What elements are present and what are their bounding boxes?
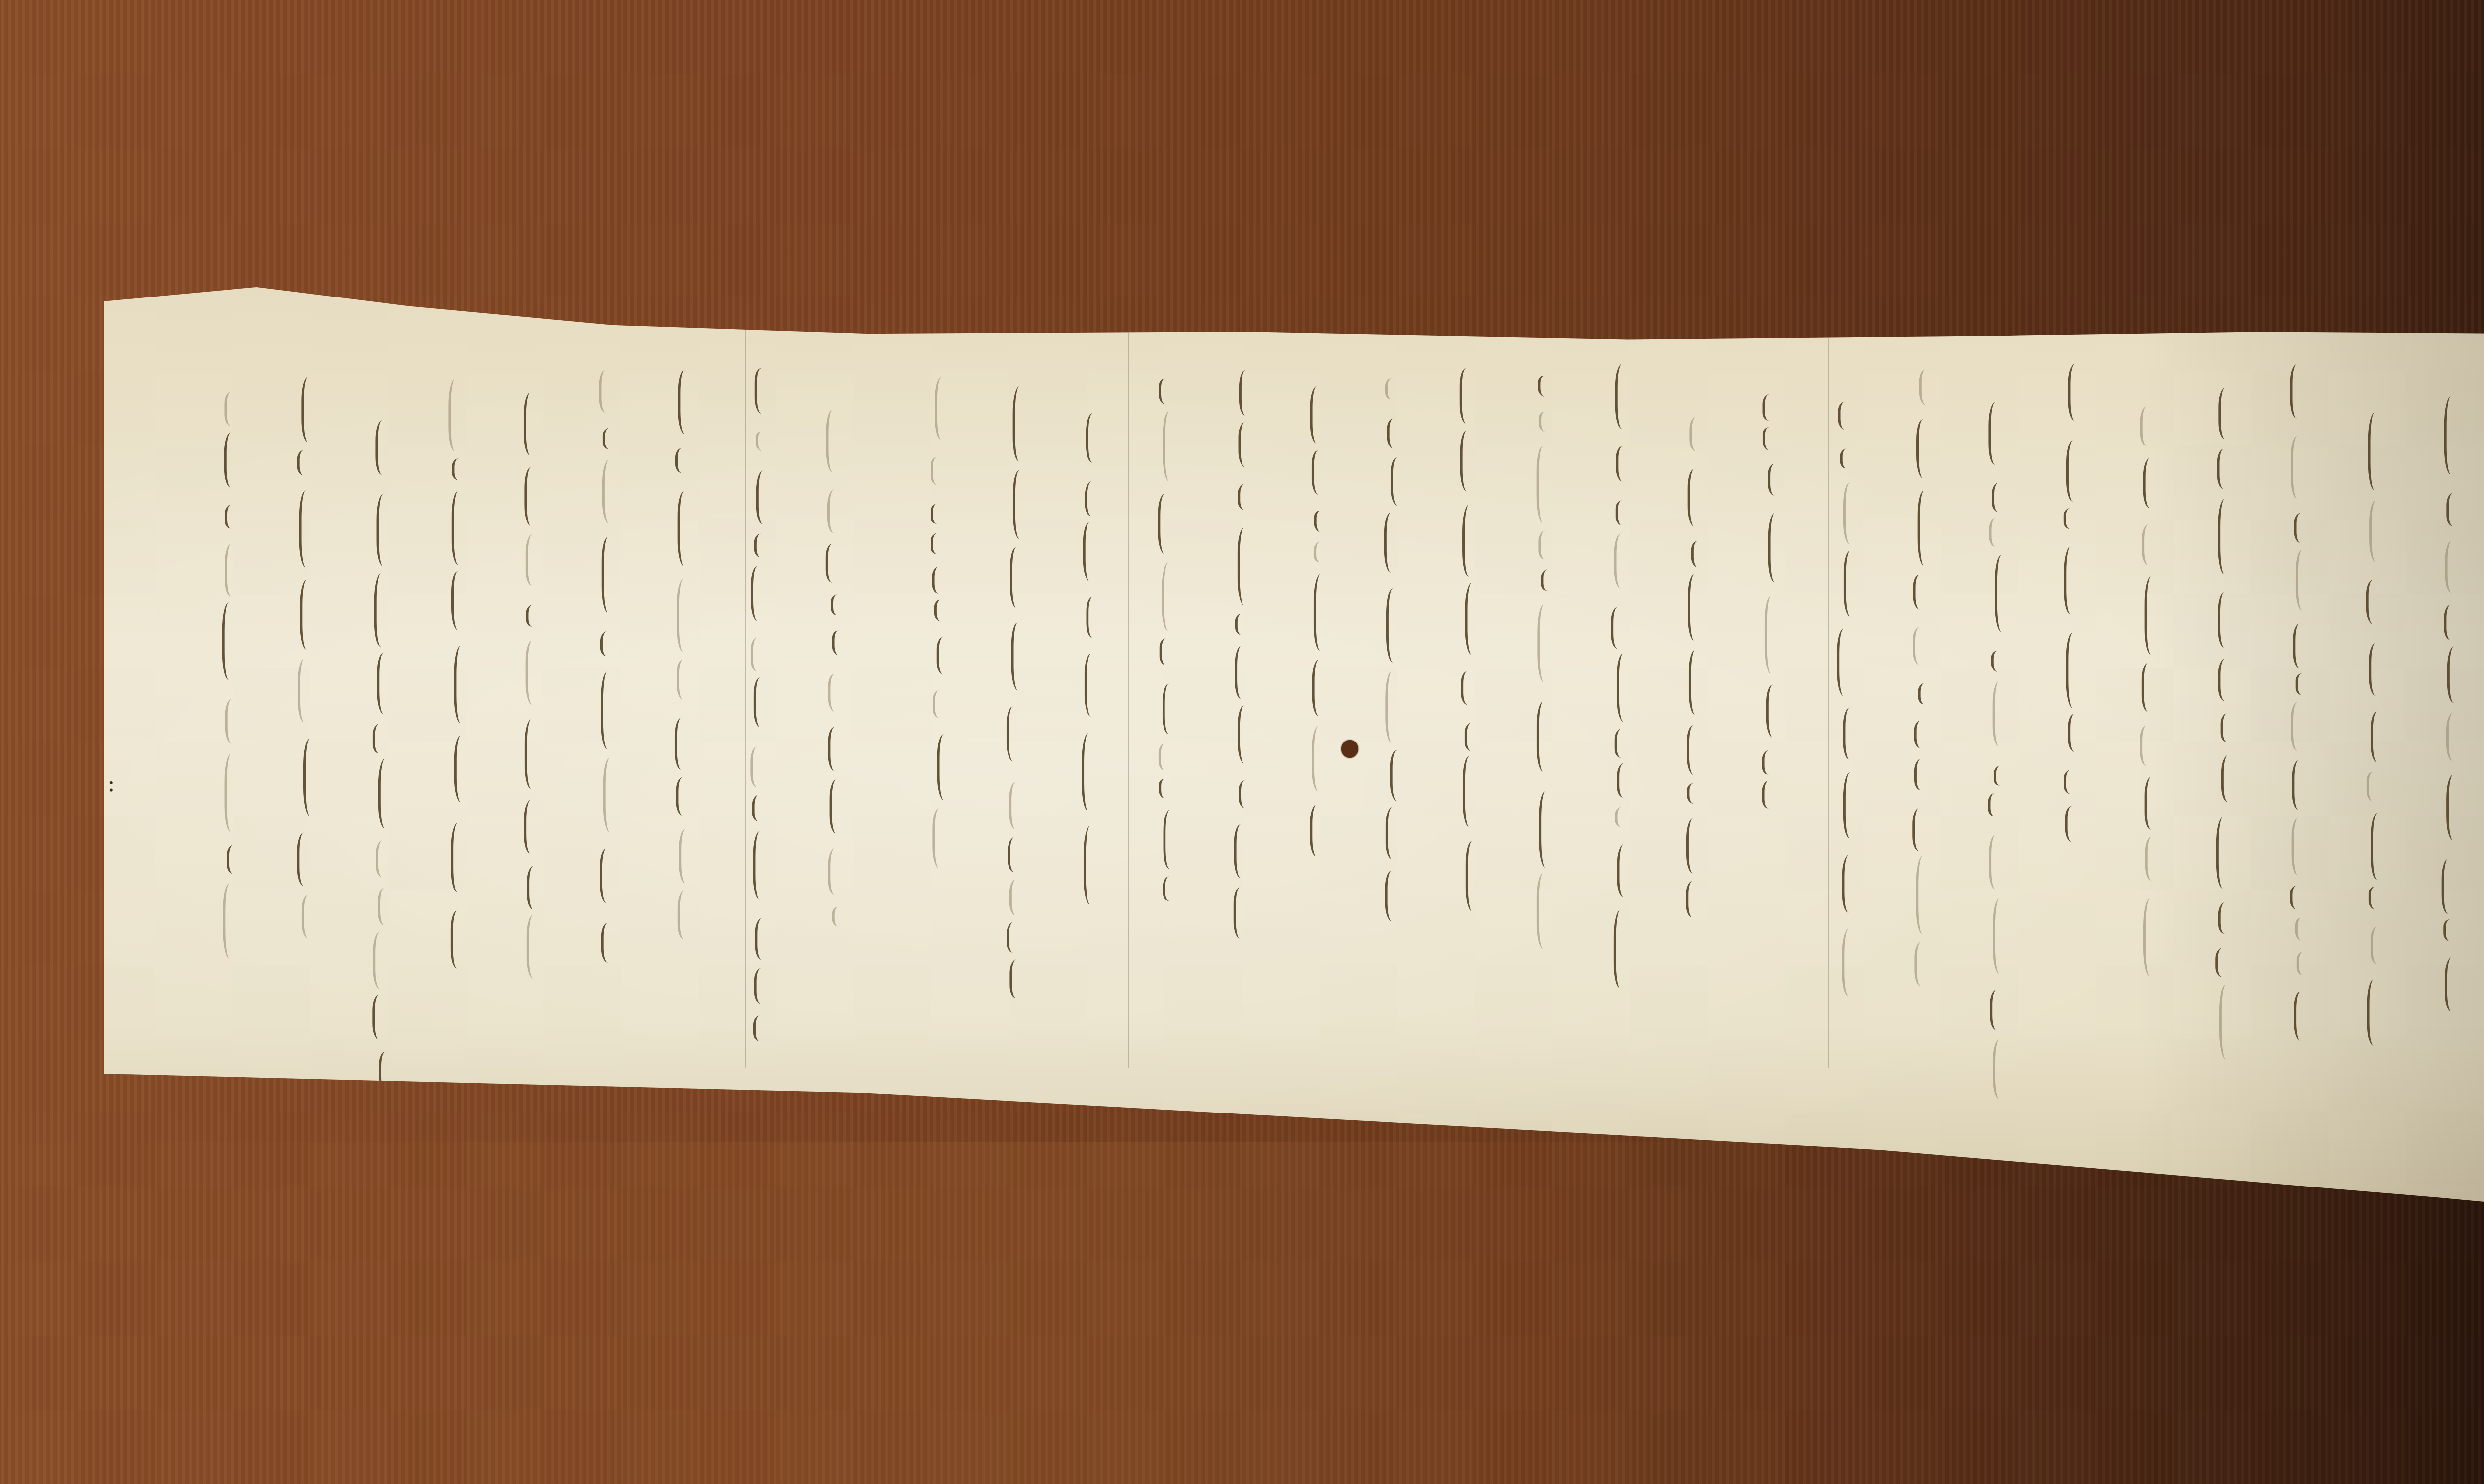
ink-stroke (599, 368, 617, 413)
ink-stroke (1536, 445, 1554, 525)
ink-stroke (1838, 401, 1857, 431)
ink-stroke (303, 738, 321, 817)
ink-stroke (1990, 990, 2008, 1030)
ink-stroke (828, 673, 846, 713)
ink-stroke (2219, 984, 2238, 1062)
ink-stroke (1613, 908, 1631, 989)
ink-stroke (1461, 671, 1479, 705)
ink-stroke (1768, 464, 1786, 496)
ink-stroke (1762, 392, 1781, 421)
writing-line (1306, 386, 1333, 852)
ink-stroke (224, 752, 242, 833)
ink-stroke (679, 829, 697, 884)
writing-line (2212, 387, 2240, 1027)
ink-stroke (1837, 628, 1855, 697)
marginal-mark: : (107, 770, 115, 797)
ink-stroke (1314, 510, 1332, 534)
ink-stroke (524, 467, 543, 527)
ink-stroke (1992, 679, 2011, 747)
ink-stroke (2215, 947, 2234, 977)
ink-stroke (2144, 576, 2163, 655)
ink-stroke (2143, 457, 2162, 509)
ink-stroke (678, 370, 696, 435)
ink-stroke (1916, 418, 1935, 480)
ink-stroke (2441, 857, 2460, 914)
ink-stroke (756, 468, 775, 525)
ink-stroke (1914, 720, 1933, 748)
ink-stroke (1763, 427, 1781, 452)
ink-stroke (299, 490, 317, 567)
ink-stroke (222, 602, 240, 680)
writing-line (1457, 368, 1484, 883)
writing-line (1004, 386, 1031, 994)
ink-stroke (378, 757, 396, 829)
ink-stroke (1691, 540, 1709, 569)
ink-stroke (2220, 712, 2239, 743)
ink-stroke (2218, 590, 2236, 648)
writing-line (1608, 364, 1635, 992)
ink-stroke (756, 431, 774, 454)
ink-stroke (225, 503, 243, 529)
ink-stroke (1009, 957, 1028, 999)
writing-line (521, 392, 548, 953)
ink-stroke (2290, 364, 2309, 419)
ink-stroke (931, 456, 949, 486)
ink-stroke (1086, 412, 1104, 464)
ink-stroke (1009, 782, 1027, 830)
ink-stroke (373, 722, 391, 754)
ink-stroke (1537, 701, 1555, 772)
ink-stroke (1310, 804, 1328, 858)
ink-stroke (1465, 840, 1483, 913)
ink-stroke (1840, 448, 1859, 469)
ink-stroke (1686, 817, 1705, 874)
writing-line (1759, 394, 1786, 823)
writing-line (2061, 364, 2089, 827)
ink-stroke (1235, 644, 1253, 700)
ink-stroke (1385, 670, 1403, 743)
ink-stroke (1617, 762, 1635, 799)
ink-stroke (1083, 521, 1101, 582)
ink-stroke (1687, 783, 1705, 805)
ruling-line (745, 323, 746, 1068)
ink-stroke (454, 736, 472, 803)
writing-line (1910, 370, 1938, 985)
ink-stroke (2216, 817, 2235, 890)
ink-stroke (931, 532, 949, 554)
ink-stroke (937, 733, 956, 802)
writing-line (2363, 412, 2391, 1041)
writing-line (1834, 402, 1862, 949)
ink-stroke (454, 646, 472, 724)
ink-stroke (600, 848, 618, 904)
ink-stroke (1460, 430, 1478, 492)
ink-stroke (227, 844, 245, 874)
ink-stroke (2140, 725, 2158, 767)
ink-stroke (1913, 574, 1932, 611)
writing-line (596, 369, 624, 939)
ink-stroke (1538, 528, 1556, 561)
ink-stroke (1086, 596, 1104, 638)
ink-stroke (525, 640, 543, 706)
ink-stroke (2369, 501, 2388, 563)
ink-stroke (451, 491, 469, 565)
ink-stroke (828, 727, 846, 773)
ink-stroke (1914, 757, 1933, 791)
ink-stroke (2296, 952, 2315, 975)
ink-stroke (752, 793, 771, 822)
writing-line (747, 369, 775, 1017)
ink-stroke (1011, 622, 1030, 692)
ink-stroke (2445, 538, 2464, 593)
ink-stroke (753, 677, 772, 727)
ink-stroke (753, 831, 771, 900)
ink-stroke (1995, 555, 2013, 633)
ink-stroke (1010, 546, 1028, 610)
ink-stroke (1914, 942, 1933, 988)
ink-stroke (1013, 469, 1031, 540)
ink-stroke (675, 718, 693, 770)
ink-stroke (1009, 879, 1028, 916)
ink-stroke (2218, 386, 2237, 440)
writing-line (1683, 417, 1711, 900)
ink-stroke (1387, 418, 1405, 449)
ink-stroke (1916, 856, 1934, 935)
writing-line (1532, 376, 1560, 920)
ink-stroke (2295, 673, 2314, 695)
ink-stroke (1918, 682, 1937, 705)
ink-stroke (603, 757, 621, 834)
ink-stroke (1008, 836, 1026, 873)
ink-stroke (2291, 817, 2310, 877)
writing-line (2136, 406, 2164, 974)
ink-stroke (2218, 499, 2236, 575)
ink-stroke (1233, 887, 1251, 940)
ink-stroke (677, 658, 695, 702)
ink-stroke (1688, 573, 1706, 643)
ink-stroke (1615, 806, 1633, 828)
ink-stroke (935, 376, 953, 440)
ink-stroke (2290, 886, 2308, 911)
ink-stroke (2366, 771, 2385, 803)
ink-stroke (1310, 386, 1328, 444)
ink-stroke (525, 532, 543, 587)
ink-stroke (677, 889, 696, 941)
ink-stroke (451, 821, 469, 893)
writing-line (823, 409, 851, 907)
ink-stroke (1541, 567, 1559, 591)
ink-stroke (1912, 807, 1931, 852)
ink-stroke (2142, 524, 2160, 566)
ink-stroke (601, 536, 620, 615)
ink-stroke (223, 883, 241, 961)
ink-stroke (450, 910, 468, 971)
ink-stroke (1465, 582, 1483, 655)
ink-stroke (2446, 491, 2465, 527)
ink-stroke (1993, 898, 2011, 974)
ink-stroke (1844, 551, 1862, 618)
ink-stroke (224, 392, 242, 426)
ink-stroke (753, 1015, 772, 1042)
ink-stroke (301, 375, 319, 443)
ink-stroke (1312, 660, 1330, 716)
ink-stroke (2371, 811, 2389, 881)
ink-stroke (2217, 449, 2236, 490)
ink-stroke (1238, 705, 1256, 765)
ink-stroke (1239, 780, 1257, 808)
ink-stroke (1235, 613, 1253, 635)
ink-stroke (1159, 743, 1177, 770)
ink-stroke (1988, 792, 2006, 817)
ink-stroke (1762, 749, 1781, 775)
ink-stroke (754, 533, 773, 557)
ruling-line (1128, 323, 1129, 1068)
ink-stroke (374, 571, 392, 648)
ink-stroke (677, 578, 695, 652)
ink-stroke (2145, 836, 2164, 882)
writing-line (1230, 370, 1258, 896)
ink-stroke (2064, 544, 2082, 615)
ink-stroke (827, 487, 846, 533)
ink-stroke (751, 637, 769, 672)
ink-stroke (601, 671, 619, 749)
ink-stroke (2291, 436, 2309, 499)
ink-stroke (1312, 725, 1330, 792)
ink-stroke (2068, 714, 2086, 752)
ink-stroke (1238, 422, 1256, 468)
ink-stroke (2368, 886, 2387, 911)
ink-stroke (1843, 482, 1862, 544)
ink-stroke (2371, 926, 2389, 965)
ink-stroke (1614, 727, 1632, 758)
ink-stroke (527, 865, 545, 910)
ink-stroke (224, 432, 242, 488)
ink-stroke (1159, 378, 1177, 406)
ink-stroke (750, 744, 769, 788)
ink-stroke (378, 886, 396, 925)
ink-stroke (1617, 843, 1635, 898)
ink-stroke (831, 594, 849, 615)
ink-stroke (2443, 919, 2462, 941)
ink-stroke (1384, 512, 1402, 575)
ink-stroke (1615, 363, 1633, 429)
ink-stroke (1989, 517, 2007, 547)
ink-stroke (1687, 468, 1706, 527)
ink-stroke (1991, 650, 2010, 673)
ink-stroke (2366, 580, 2385, 625)
ink-stroke (600, 629, 619, 657)
ink-stroke (1463, 755, 1481, 829)
ink-stroke (225, 699, 243, 745)
ink-stroke (1766, 684, 1785, 739)
ink-stroke (2063, 508, 2082, 529)
ink-stroke (2064, 770, 2082, 795)
ink-stroke (373, 931, 391, 989)
ink-stroke (1689, 650, 1707, 715)
ink-stroke (933, 690, 951, 718)
ink-stroke (2444, 603, 2462, 641)
ink-stroke (832, 630, 851, 657)
ink-stroke (1615, 500, 1633, 526)
ink-stroke (225, 542, 243, 597)
ink-stroke (602, 458, 621, 523)
ink-stroke (931, 502, 949, 524)
ink-stroke (2068, 363, 2086, 421)
writing-line (928, 377, 956, 812)
ink-stroke (2367, 977, 2386, 1046)
ink-stroke (932, 567, 951, 594)
ink-stroke (755, 918, 773, 960)
ink-stroke (1159, 778, 1177, 801)
ink-stroke (1465, 722, 1483, 751)
ink-stroke (2291, 702, 2309, 752)
ink-stroke (2143, 898, 2162, 977)
ink-stroke (2218, 900, 2237, 934)
ink-stroke (1762, 779, 1781, 809)
ink-stroke (1687, 724, 1705, 776)
ink-stroke (1843, 707, 1861, 761)
writing-line (2287, 364, 2315, 997)
ink-stroke (1163, 411, 1181, 483)
ink-stroke (1162, 560, 1180, 631)
ink-stroke (1237, 527, 1255, 607)
ink-stroke (1239, 369, 1257, 416)
ink-stroke (2066, 632, 2084, 710)
ink-stroke (451, 570, 469, 632)
ink-stroke (2292, 760, 2310, 810)
ink-stroke (1536, 873, 1554, 950)
ink-stroke (1386, 588, 1404, 663)
ink-stroke (300, 579, 318, 649)
ink-stroke (1312, 449, 1330, 497)
ink-stroke (2446, 712, 2465, 761)
writing-line (672, 370, 699, 944)
writing-line (1985, 402, 2013, 1044)
ink-stroke (1689, 416, 1708, 452)
ink-stroke (1385, 805, 1403, 860)
ink-stroke (1084, 824, 1102, 905)
ink-stroke (1085, 479, 1103, 517)
ink-stroke (751, 566, 769, 622)
ink-stroke (1391, 456, 1409, 508)
ink-stroke (376, 839, 394, 878)
writing-line (219, 392, 246, 923)
ink-stroke (524, 799, 542, 855)
ink-stroke (1462, 503, 1480, 578)
ink-stroke (825, 544, 844, 583)
ink-stroke (452, 458, 470, 480)
ink-stroke (1843, 770, 1862, 839)
ink-stroke (2066, 440, 2085, 502)
ink-stroke (1459, 368, 1477, 424)
writing-line (1079, 413, 1107, 846)
ink-stroke (1158, 493, 1176, 555)
ink-stroke (2141, 662, 2160, 712)
ink-stroke (375, 418, 393, 476)
ink-stroke (1919, 369, 1938, 406)
ink-stroke (1537, 604, 1555, 684)
writing-line (2438, 396, 2466, 981)
ink-stroke (1539, 411, 1557, 433)
ink-stroke (1234, 823, 1252, 879)
ink-stroke (2140, 405, 2159, 447)
ruling-line (1828, 323, 1829, 1068)
ink-stroke (1385, 870, 1403, 922)
ink-stroke (2371, 711, 2389, 764)
ink-stroke (601, 922, 620, 963)
ink-stroke (829, 779, 848, 834)
ink-stroke (828, 846, 846, 895)
ink-stroke (1082, 732, 1100, 813)
ink-stroke (1163, 683, 1181, 735)
writing-line (294, 376, 322, 897)
ink-stroke (2293, 623, 2311, 668)
ink-stroke (1238, 483, 1256, 511)
ink-stroke (1917, 490, 1936, 568)
ink-stroke (376, 494, 394, 566)
ink-stroke (2144, 775, 2163, 830)
ink-stroke (2218, 658, 2236, 701)
ink-stroke (1611, 606, 1629, 649)
ink-stroke (1617, 653, 1635, 723)
ink-stroke (297, 832, 315, 886)
ink-stroke (377, 652, 395, 716)
ink-stroke (1616, 445, 1634, 482)
ink-stroke (297, 450, 315, 476)
ink-stroke (2447, 644, 2466, 704)
ink-stroke (1994, 764, 2012, 786)
ink-stroke (936, 637, 955, 676)
ink-stroke (1385, 377, 1403, 400)
ink-stroke (1007, 921, 1025, 954)
manuscript-sheet: : (104, 263, 2484, 1217)
ink-stroke (2065, 805, 2084, 844)
ink-stroke (934, 599, 953, 622)
ink-stroke (1989, 835, 2007, 890)
ink-stroke (2446, 775, 2465, 840)
ink-stroke (1988, 400, 2007, 466)
ink-stroke (1159, 638, 1177, 665)
writing-line (1381, 378, 1409, 894)
hole-in-paper (1341, 740, 1358, 758)
ink-stroke (526, 603, 544, 627)
ink-stroke (676, 777, 694, 816)
ink-stroke (1007, 706, 1025, 763)
ink-stroke (1163, 809, 1181, 870)
ink-stroke (372, 995, 390, 1041)
ink-stroke (2294, 513, 2313, 544)
ink-stroke (1913, 627, 1931, 665)
ink-stroke (603, 427, 621, 450)
ink-stroke (754, 968, 773, 1004)
writing-line (445, 378, 473, 960)
ink-stroke (298, 658, 316, 723)
ink-stroke (2221, 754, 2240, 803)
wood-grain-highlight (0, 1142, 2484, 1484)
ink-stroke (754, 367, 773, 416)
ink-stroke (2444, 394, 2463, 475)
ink-stroke (1992, 481, 2010, 513)
ink-stroke (1614, 534, 1632, 589)
ink-stroke (1012, 384, 1031, 462)
ink-stroke (1765, 595, 1783, 676)
writing-line (370, 420, 397, 1088)
writing-line (1155, 379, 1182, 885)
ink-stroke (1390, 749, 1408, 803)
ink-stroke (675, 448, 694, 474)
ink-stroke (2295, 917, 2314, 943)
ink-stroke (1686, 880, 1704, 918)
